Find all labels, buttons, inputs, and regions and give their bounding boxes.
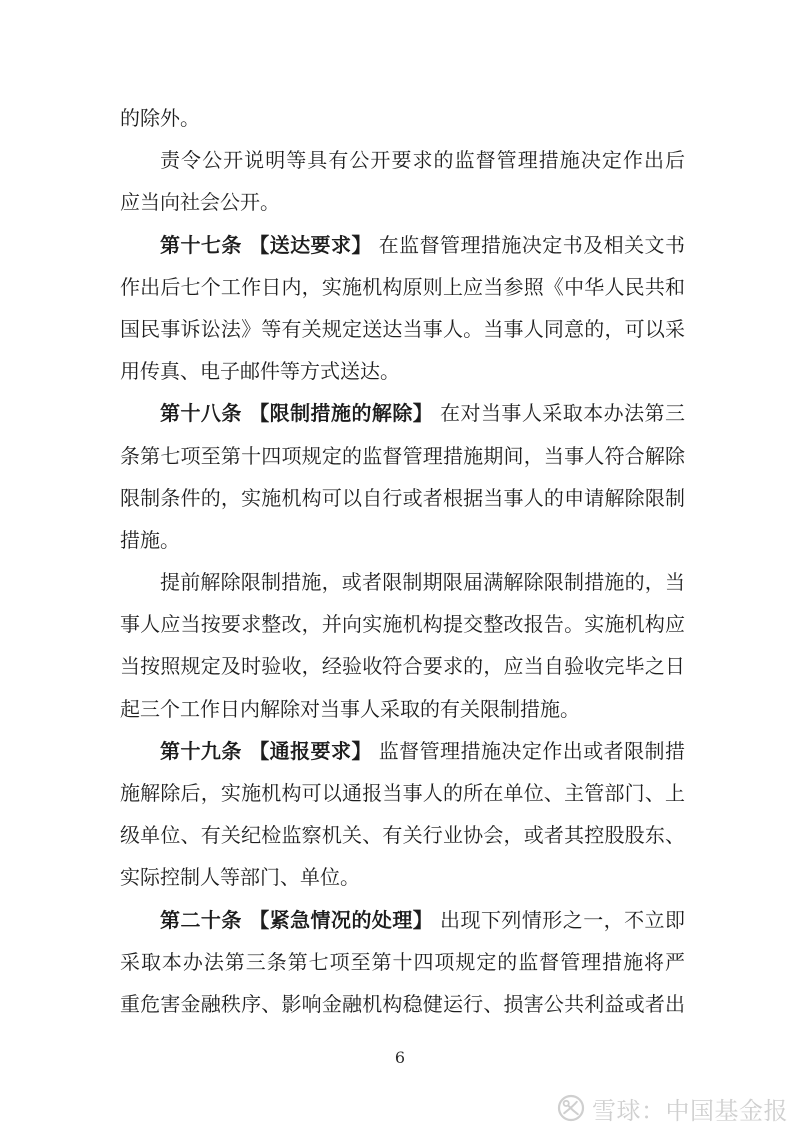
text-line: 实际控制人等部门、单位。 bbox=[120, 856, 685, 898]
text-line: 的除外。 bbox=[120, 97, 685, 139]
text-run: 采取本办法第三条第七项至第十四项规定的监督管理措施将严 bbox=[120, 950, 685, 974]
text-run: 的除外。 bbox=[120, 106, 200, 130]
xueqiu-snowball-icon bbox=[557, 1094, 585, 1122]
text-line: 第十九条 【通报要求】 监督管理措施决定作出或者限制措 bbox=[120, 730, 685, 772]
text-line: 限制条件的，实施机构可以自行或者根据当事人的申请解除限制 bbox=[120, 477, 685, 519]
document-body: 的除外。责令公开说明等具有公开要求的监督管理措施决定作出后应当向社会公开。第十七… bbox=[120, 97, 685, 1025]
text-line: 第二十条 【紧急情况的处理】 出现下列情形之一，不立即 bbox=[120, 899, 685, 941]
text-run: 当按照规定及时验收，经验收符合要求的，应当自验收完毕之日 bbox=[120, 654, 685, 678]
text-run: 责令公开说明等具有公开要求的监督管理措施决定作出后 bbox=[160, 148, 685, 172]
text-line: 作出后七个工作日内，实施机构原则上应当参照《中华人民共和 bbox=[120, 266, 685, 308]
text-run: 监督管理措施决定作出或者限制措 bbox=[372, 739, 685, 763]
article-heading: 第十九条 【通报要求】 bbox=[160, 739, 372, 763]
text-run: 国民事诉讼法》等有关规定送达当事人。当事人同意的，可以采 bbox=[120, 317, 685, 341]
text-run: 措施。 bbox=[120, 528, 180, 552]
text-line: 级单位、有关纪检监察机关、有关行业协会，或者其控股股东、 bbox=[120, 814, 685, 856]
text-run: 在对当事人采取本办法第三 bbox=[433, 401, 685, 425]
text-line: 责令公开说明等具有公开要求的监督管理措施决定作出后 bbox=[120, 139, 685, 181]
page-number: 6 bbox=[0, 1046, 800, 1070]
article-heading: 第十七条 【送达要求】 bbox=[160, 233, 372, 257]
document-page: 的除外。责令公开说明等具有公开要求的监督管理措施决定作出后应当向社会公开。第十七… bbox=[0, 0, 800, 1131]
text-line: 国民事诉讼法》等有关规定送达当事人。当事人同意的，可以采 bbox=[120, 308, 685, 350]
text-run: 重危害金融秩序、影响金融机构稳健运行、损害公共利益或者出 bbox=[120, 992, 685, 1016]
text-run: 起三个工作日内解除对当事人采取的有关限制措施。 bbox=[120, 697, 580, 721]
text-line: 提前解除限制措施，或者限制期限届满解除限制措施的，当 bbox=[120, 561, 685, 603]
text-line: 第十七条 【送达要求】 在监督管理措施决定书及相关文书 bbox=[120, 224, 685, 266]
text-run: 条第七项至第十四项规定的监督管理措施期间，当事人符合解除 bbox=[120, 444, 685, 468]
text-line: 用传真、电子邮件等方式送达。 bbox=[120, 350, 685, 392]
text-run: 事人应当按要求整改，并向实施机构提交整改报告。实施机构应 bbox=[120, 612, 685, 636]
text-line: 当按照规定及时验收，经验收符合要求的，应当自验收完毕之日 bbox=[120, 645, 685, 687]
text-line: 措施。 bbox=[120, 519, 685, 561]
watermark-text: 雪球：中国基金报 bbox=[592, 1091, 788, 1126]
text-run: 级单位、有关纪检监察机关、有关行业协会，或者其控股股东、 bbox=[120, 823, 685, 847]
text-run: 实际控制人等部门、单位。 bbox=[120, 865, 360, 889]
text-line: 第十八条 【限制措施的解除】 在对当事人采取本办法第三 bbox=[120, 392, 685, 434]
text-line: 应当向社会公开。 bbox=[120, 181, 685, 223]
text-line: 事人应当按要求整改，并向实施机构提交整改报告。实施机构应 bbox=[120, 603, 685, 645]
text-line: 采取本办法第三条第七项至第十四项规定的监督管理措施将严 bbox=[120, 941, 685, 983]
article-heading: 第二十条 【紧急情况的处理】 bbox=[160, 908, 433, 932]
text-run: 出现下列情形之一，不立即 bbox=[433, 908, 685, 932]
text-line: 施解除后，实施机构可以通报当事人的所在单位、主管部门、上 bbox=[120, 772, 685, 814]
text-run: 应当向社会公开。 bbox=[120, 190, 280, 214]
text-run: 提前解除限制措施，或者限制期限届满解除限制措施的，当 bbox=[160, 570, 685, 594]
text-line: 起三个工作日内解除对当事人采取的有关限制措施。 bbox=[120, 688, 685, 730]
watermark: 雪球：中国基金报 bbox=[557, 1092, 788, 1124]
article-heading: 第十八条 【限制措施的解除】 bbox=[160, 401, 433, 425]
text-run: 在监督管理措施决定书及相关文书 bbox=[372, 233, 685, 257]
text-line: 重危害金融秩序、影响金融机构稳健运行、损害公共利益或者出 bbox=[120, 983, 685, 1025]
text-run: 限制条件的，实施机构可以自行或者根据当事人的申请解除限制 bbox=[120, 486, 685, 510]
text-line: 条第七项至第十四项规定的监督管理措施期间，当事人符合解除 bbox=[120, 435, 685, 477]
text-run: 用传真、电子邮件等方式送达。 bbox=[120, 359, 400, 383]
text-run: 作出后七个工作日内，实施机构原则上应当参照《中华人民共和 bbox=[120, 275, 685, 299]
text-run: 施解除后，实施机构可以通报当事人的所在单位、主管部门、上 bbox=[120, 781, 685, 805]
